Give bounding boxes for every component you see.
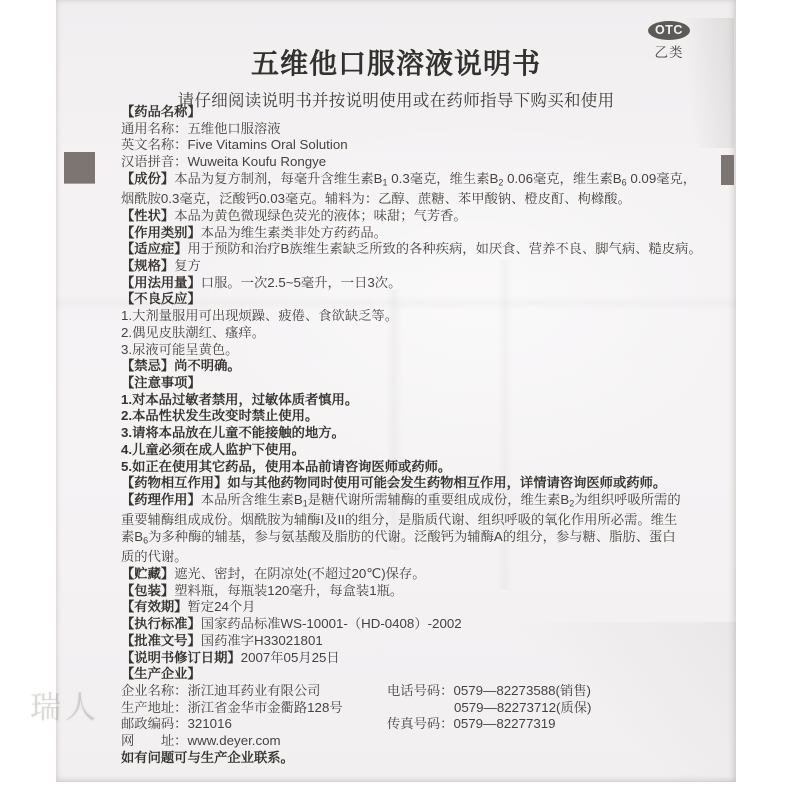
doc-segment: 为多种酶的辅基，参与氨基酸及脂肪的代谢。泛酸钙为辅酶A的组分，参与糖、脂肪、蛋白 bbox=[148, 529, 675, 544]
doc-segment: 3.尿液可能呈黄色。 bbox=[121, 342, 238, 357]
doc-segment-bold: 2.本品性状发生改变时禁止使用。 bbox=[121, 408, 318, 423]
doc-segment-bold: 【包装】 bbox=[121, 583, 174, 598]
otc-class-label: 乙类 bbox=[647, 41, 691, 61]
doc-line: 1.大剂量服用可出现烦躁、疲倦、食欲缺乏等。 bbox=[121, 308, 701, 325]
leaflet-scan: OTC 乙类 五维他口服溶液说明书 请仔细阅读说明书并按说明使用或在药师指导下购… bbox=[0, 0, 800, 800]
doc-segment: 重要辅酶组成成份。烟酰胺为辅酶I及II的组分，是脂质代谢、组织呼吸的氧化作用所必… bbox=[121, 512, 677, 527]
doc-segment: 2.偶见皮肤潮红、瘙痒。 bbox=[121, 325, 265, 340]
doc-segment-bold: 【作用类别】 bbox=[121, 225, 201, 240]
doc-line: 3.尿液可能呈黄色。 bbox=[121, 342, 701, 359]
doc-line: 【成份】本品为复方制剂，每毫升含维生素B1 0.3毫克，维生素B2 0.06毫克… bbox=[121, 171, 701, 191]
doc-segment: 国药准字H33021801 bbox=[201, 633, 323, 648]
company-right-cell: 电话号码：0579—82273588(销售) bbox=[387, 683, 591, 700]
company-row: 生产地址：浙江省金华市金衢路128号0579—82273712(质保) bbox=[121, 700, 701, 717]
doc-line: 【药品名称】 bbox=[121, 104, 701, 121]
doc-segment: 为组织呼吸所需的 bbox=[574, 492, 680, 507]
doc-line: 【批准文号】国药准字H33021801 bbox=[121, 633, 701, 650]
doc-segment-bold: 【批准文号】 bbox=[121, 633, 201, 648]
doc-segment: 口服。一次2.5~5毫升，一日3次。 bbox=[201, 275, 402, 290]
doc-segment-bold: 【禁忌】尚不明确。 bbox=[121, 358, 241, 373]
doc-segment: 0.06毫克，维生素B bbox=[503, 171, 621, 186]
doc-line: 【不良反应】 bbox=[121, 291, 701, 308]
doc-line: 烟酰胺0.3毫克，泛酸钙0.03毫克。辅料为：乙醇、蔗糖、苯甲酸钠、橙皮酊、枸橼… bbox=[121, 191, 701, 208]
doc-line: 【贮藏】遮光、密封，在阴凉处(不超过20℃)保存。 bbox=[121, 566, 701, 583]
doc-segment-bold: 【成份】 bbox=[121, 171, 174, 186]
doc-segment-bold: 【有效期】 bbox=[121, 599, 187, 614]
doc-segment: 遮光、密封，在阴凉处(不超过20℃)保存。 bbox=[174, 566, 425, 581]
doc-segment: 0.3毫克，维生素B bbox=[388, 171, 499, 186]
page-title: 五维他口服溶液说明书 bbox=[56, 42, 736, 82]
doc-segment: 通用名称：五维他口服溶液 bbox=[121, 121, 281, 136]
doc-segment-bold: 【不良反应】 bbox=[121, 291, 201, 306]
doc-segment-bold: 1.对本品过敏者禁用，过敏体质者慎用。 bbox=[121, 392, 358, 407]
doc-line: 【包装】塑料瓶，每瓶装120毫升，每盒装1瓶。 bbox=[121, 583, 701, 600]
watermark-text: 瑞人 bbox=[30, 682, 100, 727]
doc-segment: 是糖代谢所需辅酶的重要组成成份，维生素B bbox=[308, 492, 570, 507]
doc-line: 【有效期】暂定24个月 bbox=[121, 599, 701, 616]
doc-line: 【用法用量】口服。一次2.5~5毫升，一日3次。 bbox=[121, 275, 701, 292]
otc-badge: OTC 乙类 bbox=[647, 21, 691, 61]
doc-segment: 本品为黄色微现绿色荧光的液体；味甜；气芳香。 bbox=[174, 208, 467, 223]
doc-segment: 本品为维生素类非处方药药品。 bbox=[201, 225, 387, 240]
doc-segment: 烟酰胺0.3毫克，泛酸钙0.03毫克。辅料为：乙醇、蔗糖、苯甲酸钠、橙皮酊、枸橼… bbox=[121, 191, 631, 206]
doc-segment: 复方 bbox=[174, 258, 201, 273]
company-row: 企业名称：浙江迪耳药业有限公司电话号码：0579—82273588(销售) bbox=[121, 683, 701, 700]
doc-segment-bold: 【规格】 bbox=[121, 258, 174, 273]
doc-segment: 用于预防和治疗B族维生素缺乏所致的各种疾病，如厌食、营养不良、脚气病、糙皮病。 bbox=[187, 241, 701, 256]
doc-line: 2.偶见皮肤潮红、瘙痒。 bbox=[121, 325, 701, 342]
doc-line: 5.如正在使用其它药品，使用本品前请咨询医师或药师。 bbox=[121, 459, 701, 476]
print-mark-right bbox=[721, 155, 734, 185]
doc-segment-bold: 【注意事项】 bbox=[121, 375, 201, 390]
doc-line: 3.请将本品放在儿童不能接触的地方。 bbox=[121, 425, 701, 442]
doc-segment-bold: 【执行标准】 bbox=[121, 616, 201, 631]
doc-line: 【禁忌】尚不明确。 bbox=[121, 358, 701, 375]
doc-line: 4.儿童必须在成人监护下使用。 bbox=[121, 442, 701, 459]
doc-line: 通用名称：五维他口服溶液 bbox=[121, 121, 701, 138]
doc-line: 【规格】复方 bbox=[121, 258, 701, 275]
doc-segment-bold: 【用法用量】 bbox=[121, 275, 201, 290]
doc-line: 1.对本品过敏者禁用，过敏体质者慎用。 bbox=[121, 392, 701, 409]
doc-line: 【适应症】用于预防和治疗B族维生素缺乏所致的各种疾病，如厌食、营养不良、脚气病、… bbox=[121, 241, 701, 258]
doc-segment: 0.09毫克， bbox=[627, 171, 696, 186]
doc-segment: 质的代谢。 bbox=[121, 549, 187, 564]
doc-segment-bold: 4.儿童必须在成人监护下使用。 bbox=[121, 442, 305, 457]
document-body: 【药品名称】通用名称：五维他口服溶液英文名称：Five Vitamins Ora… bbox=[121, 104, 701, 767]
doc-segment: 塑料瓶，每瓶装120毫升，每盒装1瓶。 bbox=[174, 583, 403, 598]
doc-line: 2.本品性状发生改变时禁止使用。 bbox=[121, 408, 701, 425]
doc-line: 【药理作用】本品所含维生素B1是糖代谢所需辅酶的重要组成成份，维生素B2为组织呼… bbox=[121, 492, 701, 512]
leaflet-paper: OTC 乙类 五维他口服溶液说明书 请仔细阅读说明书并按说明使用或在药师指导下购… bbox=[56, 0, 736, 782]
company-row: 邮政编码：321016传真号码：0579—82277319 bbox=[121, 716, 701, 733]
doc-line: 【作用类别】本品为维生素类非处方药药品。 bbox=[121, 225, 701, 242]
doc-segment: 素B bbox=[121, 529, 143, 544]
doc-line: 【生产企业】 bbox=[121, 666, 701, 683]
doc-segment: 本品所含维生素B bbox=[201, 492, 303, 507]
doc-segment-bold: 【适应症】 bbox=[121, 241, 187, 256]
doc-segment-bold: 【药理作用】 bbox=[121, 492, 201, 507]
doc-segment: 2007年05月25日 bbox=[241, 650, 340, 665]
doc-segment: 汉语拼音：Wuweita Koufu Rongye bbox=[121, 154, 326, 169]
doc-segment-bold: 【性状】 bbox=[121, 208, 174, 223]
company-left-cell: 网 址：www.deyer.com bbox=[121, 733, 281, 748]
company-right-cell: 0579—82273712(质保) bbox=[454, 700, 592, 717]
doc-segment-bold: 【药品名称】 bbox=[121, 104, 201, 119]
doc-line: 【说明书修订日期】2007年05月25日 bbox=[121, 650, 701, 667]
doc-line: 素B6为多种酶的辅基，参与氨基酸及脂肪的代谢。泛酸钙为辅酶A的组分，参与糖、脂肪… bbox=[121, 529, 701, 549]
doc-segment: 英文名称：Five Vitamins Oral Solution bbox=[121, 137, 348, 152]
doc-line: 【性状】本品为黄色微现绿色荧光的液体；味甜；气芳香。 bbox=[121, 208, 701, 225]
doc-segment: 1.大剂量服用可出现烦躁、疲倦、食欲缺乏等。 bbox=[121, 308, 398, 323]
doc-segment-bold: 【生产企业】 bbox=[121, 666, 201, 681]
doc-line: 质的代谢。 bbox=[121, 549, 701, 566]
doc-line: 【药物相互作用】如与其他药物同时使用可能会发生药物相互作用，详情请咨询医师或药师… bbox=[121, 475, 701, 492]
doc-segment-bold: 3.请将本品放在儿童不能接触的地方。 bbox=[121, 425, 345, 440]
doc-line: 英文名称：Five Vitamins Oral Solution bbox=[121, 137, 701, 154]
doc-segment: 国家药品标准WS-10001-（HD-0408）-2002 bbox=[201, 616, 462, 631]
company-right-cell: 传真号码：0579—82277319 bbox=[387, 716, 556, 733]
doc-line: 【注意事项】 bbox=[121, 375, 701, 392]
doc-segment-bold: 5.如正在使用其它药品，使用本品前请咨询医师或药师。 bbox=[121, 459, 451, 474]
doc-segment-bold: 【说明书修订日期】 bbox=[121, 650, 241, 665]
doc-segment-bold: 【贮藏】 bbox=[121, 566, 174, 581]
company-left-cell: 邮政编码：321016 bbox=[121, 716, 232, 731]
doc-line: 【执行标准】国家药品标准WS-10001-（HD-0408）-2002 bbox=[121, 616, 701, 633]
company-left-cell: 企业名称：浙江迪耳药业有限公司 bbox=[121, 683, 320, 698]
doc-segment: 本品为复方制剂，每毫升含维生素B bbox=[174, 171, 382, 186]
doc-line: 重要辅酶组成成份。烟酰胺为辅酶I及II的组分，是脂质代谢、组织呼吸的氧化作用所必… bbox=[121, 512, 701, 529]
doc-segment-bold: 【药物相互作用】如与其他药物同时使用可能会发生药物相互作用，详情请咨询医师或药师… bbox=[121, 475, 666, 490]
otc-label: OTC bbox=[655, 23, 683, 37]
print-mark-left bbox=[64, 152, 95, 183]
company-left-cell: 生产地址：浙江省金华市金衢路128号 bbox=[121, 700, 343, 715]
otc-oval-icon: OTC bbox=[648, 21, 690, 40]
doc-line: 汉语拼音：Wuweita Koufu Rongye bbox=[121, 154, 701, 171]
company-row: 网 址：www.deyer.com bbox=[121, 733, 701, 750]
contact-note: 如有问题可与生产企业联系。 bbox=[121, 750, 701, 767]
doc-segment: 暂定24个月 bbox=[187, 599, 255, 614]
